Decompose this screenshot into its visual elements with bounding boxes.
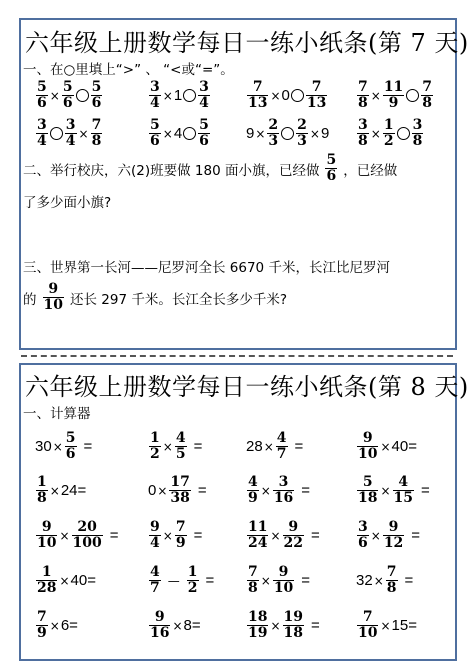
fraction: 56 (62, 80, 74, 111)
fraction: 49 (247, 475, 259, 506)
calculation-item: 916×8= (148, 610, 201, 641)
calculation-item: 1124×922= (246, 520, 320, 551)
operator: × (157, 484, 167, 498)
fraction: 1738 (169, 475, 190, 506)
number: 40= (392, 438, 417, 455)
cut-line-divider (21, 355, 453, 357)
number: 40= (71, 572, 96, 589)
operator: × (79, 127, 89, 141)
operator: × (261, 574, 271, 588)
operator: × (255, 127, 265, 141)
number: 15= (392, 617, 417, 634)
operator: × (371, 127, 381, 141)
fraction: 910 (357, 431, 378, 462)
calculation-item: 30×56= (35, 431, 92, 462)
fraction: 5 6 (325, 153, 337, 184)
operator: × (270, 529, 280, 543)
fraction: 47 (276, 431, 288, 462)
operator: × (59, 529, 69, 543)
calculation-item: 710×15= (356, 610, 417, 641)
operator: × (261, 484, 271, 498)
answer-circle[interactable] (406, 89, 419, 102)
operator: × (374, 574, 384, 588)
fraction: 20100 (72, 520, 103, 551)
number: 4 (174, 125, 182, 142)
equals-sign: = (301, 572, 310, 589)
fraction: 56 (149, 118, 161, 149)
number: 9 (321, 125, 329, 142)
comparison-item-e: 3434×78 (35, 118, 103, 149)
answer-circle[interactable] (50, 127, 63, 140)
calculation-item: 49×316= (246, 475, 310, 506)
operator: × (310, 127, 320, 141)
fraction: 78 (421, 80, 433, 111)
calculation-item: 78×910= (246, 565, 310, 596)
comparison-item-c: 713×0713 (246, 80, 328, 111)
fraction: 912 (383, 520, 404, 551)
equals-sign: = (411, 527, 420, 544)
fraction: 79 (36, 610, 48, 641)
fraction: 79 (175, 520, 187, 551)
calculation-item: 32×78= (356, 565, 413, 596)
comparison-item-h: 38×1238 (356, 118, 424, 149)
equals-sign: = (301, 482, 310, 499)
fraction: 34 (36, 118, 48, 149)
fraction: 94 (149, 520, 161, 551)
equals-sign: = (110, 527, 119, 544)
equals-sign: = (405, 572, 414, 589)
worksheet-day-8: 六年级上册数学每日一练小纸条(第 8 天) 一、计算器 30×56=12×45=… (19, 363, 457, 661)
operator: × (270, 619, 280, 633)
number: 9 (246, 125, 254, 142)
calculation-item: 0×1738= (148, 475, 207, 506)
fraction: 119 (383, 80, 404, 111)
fraction: 78 (91, 118, 103, 149)
calculation-item: 47—12= (148, 565, 214, 596)
equals-sign: = (295, 438, 304, 455)
fraction: 23 (267, 118, 279, 149)
operator: × (270, 89, 280, 103)
calculation-item: 79×6= (35, 610, 78, 641)
worksheet-day-7: 六年级上册数学每日一练小纸条(第 7 天) 一、在○里填上“>” 、 “<或“=… (19, 18, 457, 350)
number: 0 (282, 87, 290, 104)
number: 0 (148, 482, 156, 499)
question-3-line-1: 三、世界第一长河——尼罗河全长 6670 千米，长江比尼罗河 (23, 256, 390, 276)
calculation-item: 1819×1918= (246, 610, 320, 641)
fraction: 12 (187, 565, 199, 596)
fraction: 23 (296, 118, 308, 149)
number: 28 (246, 438, 263, 455)
fraction: 78 (247, 565, 259, 596)
equals-sign: = (206, 572, 215, 589)
fraction: 56 (65, 431, 77, 462)
answer-circle[interactable] (183, 89, 196, 102)
answer-circle[interactable] (76, 89, 89, 102)
fraction: 12 (383, 118, 395, 149)
operator: × (371, 529, 381, 543)
comparison-item-g: 9×2323×9 (246, 118, 329, 149)
fraction: 128 (36, 565, 57, 596)
operator: × (371, 89, 381, 103)
operator: × (50, 619, 60, 633)
fraction: 9 10 (43, 282, 64, 313)
answer-circle[interactable] (281, 127, 294, 140)
calculation-item: 18×24= (35, 475, 86, 506)
fraction: 34 (149, 80, 161, 111)
operator: × (380, 484, 390, 498)
fraction: 34 (65, 118, 77, 149)
fraction: 713 (306, 80, 327, 111)
calculation-item: 28×47= (246, 431, 303, 462)
operator: × (380, 440, 390, 454)
fraction: 518 (357, 475, 378, 506)
operator: × (172, 619, 182, 633)
operator: × (50, 89, 60, 103)
fraction: 710 (357, 610, 378, 641)
number: 8= (184, 617, 201, 634)
calculation-item: 128×40= (35, 565, 96, 596)
fraction: 316 (273, 475, 294, 506)
calculation-item: 94×79= (148, 520, 202, 551)
fraction: 1819 (247, 610, 268, 641)
operator: × (163, 89, 173, 103)
calculation-item: 910×40= (356, 431, 417, 462)
fraction: 78 (357, 80, 369, 111)
question-1-label: 一、计算器 (23, 402, 91, 422)
fraction: 12 (149, 431, 161, 462)
comparison-item-a: 56×5656 (35, 80, 103, 111)
number: 6= (61, 617, 78, 634)
operator: — (168, 574, 180, 588)
fraction: 916 (149, 610, 170, 641)
fraction: 56 (36, 80, 48, 111)
question-2-text: 二、举行校庆，六(2)班要做 180 面小旗，已经做 (23, 159, 319, 179)
calculation-item: 12×45= (148, 431, 202, 462)
worksheet-title: 六年级上册数学每日一练小纸条(第 8 天) (25, 367, 469, 402)
fraction: 78 (386, 565, 398, 596)
calculation-item: 518×415= (356, 475, 430, 506)
equals-sign: = (84, 438, 93, 455)
number: 30 (35, 438, 52, 455)
operator: × (53, 440, 63, 454)
comparison-item-f: 56×456 (148, 118, 211, 149)
answer-circle[interactable] (183, 127, 196, 140)
operator: × (163, 440, 173, 454)
equals-sign: = (194, 438, 203, 455)
question-3-line-2: 的 9 10 还长 297 千米。长江全长多少千米? (23, 282, 287, 313)
operator: × (264, 440, 274, 454)
fraction: 713 (247, 80, 268, 111)
operator: × (163, 529, 173, 543)
fraction: 1918 (283, 610, 304, 641)
question-2-text-cont: ，已经做 (343, 159, 397, 179)
fraction: 56 (91, 80, 103, 111)
equals-sign: = (311, 527, 320, 544)
fraction: 56 (198, 118, 210, 149)
question-2-line-2: 了多少面小旗? (23, 191, 111, 211)
operator: × (380, 619, 390, 633)
fraction: 415 (393, 475, 414, 506)
fraction: 1124 (247, 520, 268, 551)
operator: × (59, 574, 69, 588)
fraction: 38 (412, 118, 424, 149)
operator: × (50, 484, 60, 498)
calculation-item: 36×912= (356, 520, 420, 551)
equals-sign: = (198, 482, 207, 499)
fraction: 34 (198, 80, 210, 111)
fraction: 910 (273, 565, 294, 596)
equals-sign: = (311, 617, 320, 634)
comparison-item-b: 34×134 (148, 80, 211, 111)
question-2-line-1: 二、举行校庆，六(2)班要做 180 面小旗，已经做 5 6 ，已经做 (23, 153, 397, 184)
number: 1 (174, 87, 182, 104)
answer-circle[interactable] (397, 127, 410, 140)
operator: × (163, 127, 173, 141)
fraction: 922 (283, 520, 304, 551)
fraction: 45 (175, 431, 187, 462)
answer-circle[interactable] (291, 89, 304, 102)
fraction: 47 (149, 565, 161, 596)
calculation-item: 910×20100= (35, 520, 119, 551)
fraction: 18 (36, 475, 48, 506)
equals-sign: = (194, 527, 203, 544)
number: 24= (61, 482, 86, 499)
comparison-item-d: 78×11978 (356, 80, 434, 111)
number: 32 (356, 572, 373, 589)
fraction: 36 (357, 520, 369, 551)
question-1-label: 一、在○里填上“>” 、 “<或“=”。 (23, 58, 234, 78)
fraction: 910 (36, 520, 57, 551)
fraction: 38 (357, 118, 369, 149)
equals-sign: = (421, 482, 430, 499)
worksheet-title: 六年级上册数学每日一练小纸条(第 7 天) (25, 23, 469, 58)
